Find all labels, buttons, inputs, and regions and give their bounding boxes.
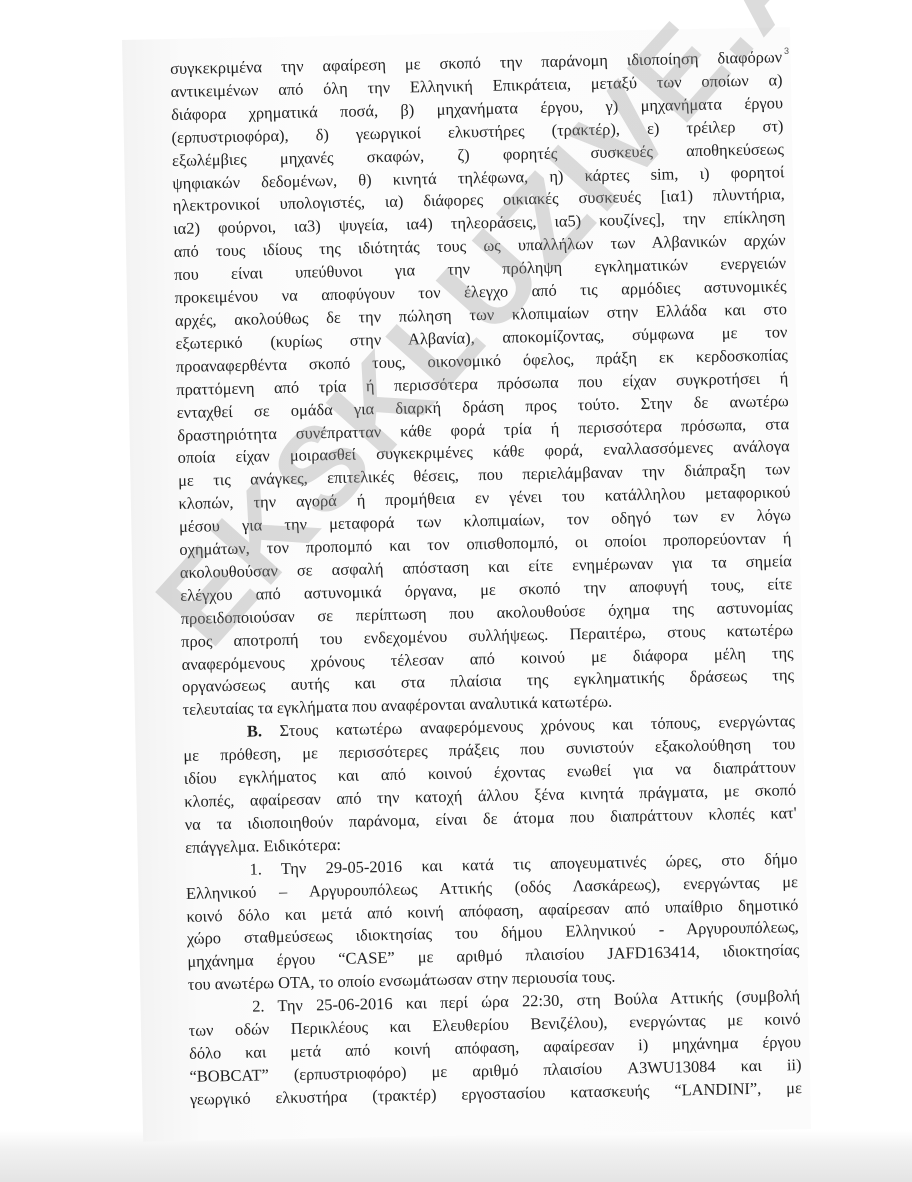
page-corner-mark: 3: [784, 46, 789, 56]
section-label: Β.: [247, 722, 262, 741]
document-body: συγκεκριμένα την αφαίρεση με σκοπό την π…: [170, 46, 802, 1111]
